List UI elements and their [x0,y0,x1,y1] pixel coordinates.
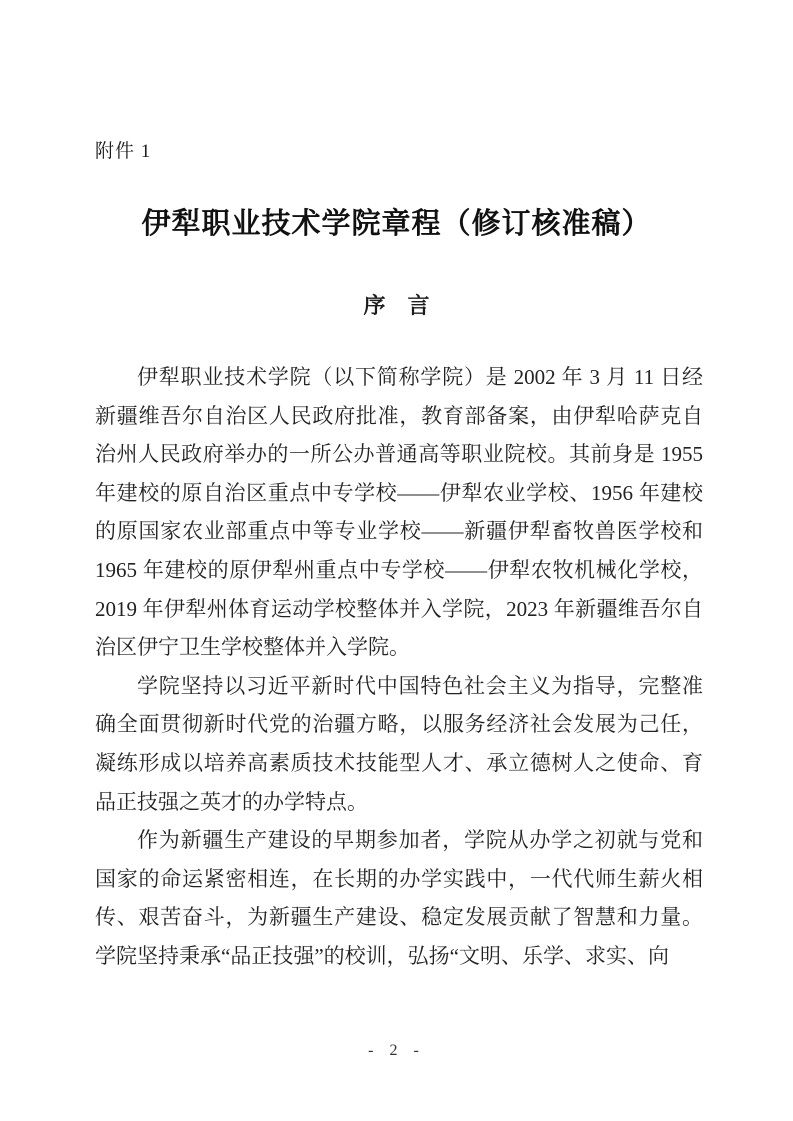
document-title: 伊犁职业技术学院章程（修订核准稿） [0,201,793,242]
attachment-label: 附件 1 [95,136,151,163]
document-page: 附件 1 伊犁职业技术学院章程（修订核准稿） 序 言 伊犁职业技术学院（以下简称… [0,0,793,1121]
body-paragraph-3: 作为新疆生产建设的早期参加者，学院从办学之初就与党和国家的命运紧密相连，在长期的… [95,821,703,975]
section-heading-preface: 序 言 [0,289,793,320]
body-paragraph-2: 学院坚持以习近平新时代中国特色社会主义为指导，完整准确全面贯彻新时代党的治疆方略… [95,667,703,821]
page-number: - 2 - [0,1042,793,1060]
body-paragraph-1: 伊犁职业技术学院（以下简称学院）是 2002 年 3 月 11 日经新疆维吾尔自… [95,358,703,667]
document-body: 伊犁职业技术学院（以下简称学院）是 2002 年 3 月 11 日经新疆维吾尔自… [95,358,703,976]
